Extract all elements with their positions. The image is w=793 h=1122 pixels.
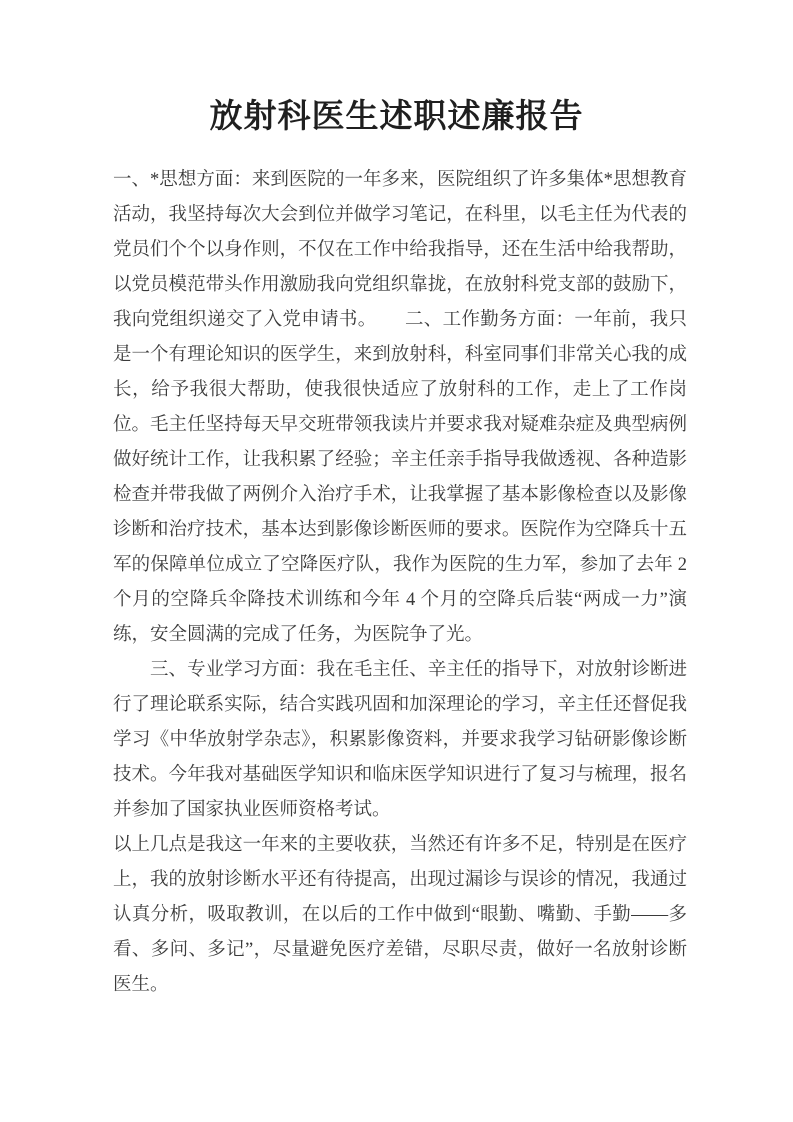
- text-line: 一、*思想方面：来到医院的一年多来，医院组织了许多集体*思想教育: [113, 163, 687, 198]
- text-line: 上，我的放射诊断水平还有待提高，出现过漏诊与误诊的情况，我通过: [113, 863, 687, 898]
- paragraph: 三、专业学习方面：我在毛主任、辛主任的指导下，对放射诊断进行了理论联系实际，结合…: [113, 653, 687, 828]
- text-line: 个月的空降兵伞降技术训练和今年 4 个月的空降兵后装“两成一力”演: [113, 583, 687, 618]
- text-line: 三、专业学习方面：我在毛主任、辛主任的指导下，对放射诊断进: [113, 653, 687, 688]
- text-line: 技术。今年我对基础医学知识和临床医学知识进行了复习与梳理，报名: [113, 758, 687, 793]
- text-line: 我向党组织递交了入党申请书。 二、工作勤务方面：一年前，我只: [113, 303, 687, 338]
- text-line: 党员们个个以身作则，不仅在工作中给我指导，还在生活中给我帮助，: [113, 233, 687, 268]
- document-page: 放射科医生述职述廉报告 一、*思想方面：来到医院的一年多来，医院组织了许多集体*…: [0, 0, 793, 1122]
- text-line: 以党员模范带头作用激励我向党组织靠拢，在放射科党支部的鼓励下，: [113, 268, 687, 303]
- text-line: 检查并带我做了两例介入治疗手术，让我掌握了基本影像检查以及影像: [113, 478, 687, 513]
- text-line: 诊断和治疗技术，基本达到影像诊断医师的要求。医院作为空降兵十五: [113, 513, 687, 548]
- paragraph: 以上几点是我这一年来的主要收获，当然还有许多不足，特别是在医疗上，我的放射诊断水…: [113, 828, 687, 1003]
- text-line: 活动，我坚持每次大会到位并做学习笔记，在科里，以毛主任为代表的: [113, 198, 687, 233]
- text-line: 长，给予我很大帮助，使我很快适应了放射科的工作，走上了工作岗: [113, 373, 687, 408]
- text-line: 练，安全圆满的完成了任务，为医院争了光。: [113, 618, 687, 653]
- text-line: 是一个有理论知识的医学生，来到放射科，科室同事们非常关心我的成: [113, 338, 687, 373]
- text-line: 认真分析，吸取教训，在以后的工作中做到“眼勤、嘴勤、手勤——多: [113, 898, 687, 933]
- text-line: 学习《中华放射学杂志》，积累影像资料，并要求我学习钻研影像诊断: [113, 723, 687, 758]
- text-line: 看、多问、多记”，尽量避免医疗差错，尽职尽责，做好一名放射诊断: [113, 933, 687, 968]
- text-line: 做好统计工作，让我积累了经验；辛主任亲手指导我做透视、各种造影: [113, 443, 687, 478]
- text-line: 并参加了国家执业医师资格考试。: [113, 793, 687, 828]
- text-line: 以上几点是我这一年来的主要收获，当然还有许多不足，特别是在医疗: [113, 828, 687, 863]
- text-line: 行了理论联系实际，结合实践巩固和加深理论的学习，辛主任还督促我: [113, 688, 687, 723]
- text-line: 医生。: [113, 968, 687, 1003]
- document-body: 一、*思想方面：来到医院的一年多来，医院组织了许多集体*思想教育活动，我坚持每次…: [113, 163, 687, 1003]
- text-line: 位。毛主任坚持每天早交班带领我读片并要求我对疑难杂症及典型病例: [113, 408, 687, 443]
- document-title: 放射科医生述职述廉报告: [0, 0, 793, 141]
- paragraph: 一、*思想方面：来到医院的一年多来，医院组织了许多集体*思想教育活动，我坚持每次…: [113, 163, 687, 653]
- text-line: 军的保障单位成立了空降医疗队，我作为医院的生力军，参加了去年 2: [113, 548, 687, 583]
